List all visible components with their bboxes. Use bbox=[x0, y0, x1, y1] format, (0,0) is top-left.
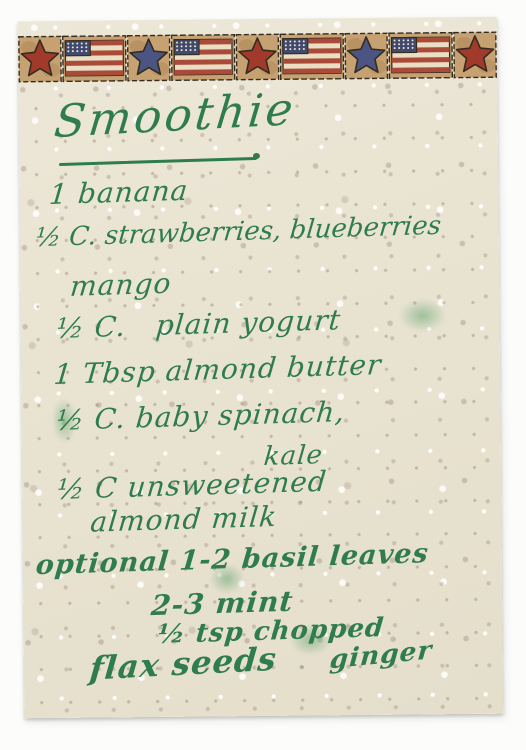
blue-star-patch bbox=[345, 33, 387, 78]
ingredient-line-banana: 1 banana bbox=[48, 174, 190, 211]
red-star-patch bbox=[19, 36, 61, 81]
ingredient-line-berries: ½ C. strawberries, blueberries bbox=[34, 211, 442, 253]
flag-patch bbox=[280, 34, 343, 80]
flag-star-border bbox=[18, 30, 497, 87]
optional-line-flax-seeds: flax seeds bbox=[88, 640, 278, 688]
flag-patch bbox=[171, 35, 234, 81]
blue-star-patch bbox=[128, 35, 170, 80]
ink-smudge bbox=[398, 298, 446, 332]
photo-background: Smoothie 1 banana ½ C. strawberries, blu… bbox=[0, 0, 526, 750]
title-underline bbox=[59, 157, 257, 166]
ingredient-line-yogurt: ½ C. plain yogurt bbox=[55, 303, 342, 345]
ingredient-line-almond-butter: 1 Tbsp almond butter bbox=[53, 348, 384, 391]
recipe-title: Smoothie bbox=[52, 82, 299, 148]
red-star-patch bbox=[454, 32, 496, 77]
ingredient-line-mango: mango bbox=[69, 267, 173, 303]
ingredient-line-spinach: ½ C. baby spinach, bbox=[55, 395, 347, 437]
ingredient-line-almond-milk: almond milk bbox=[89, 500, 279, 539]
ingredient-line-unsweetened: ½ C unsweetened bbox=[56, 465, 329, 506]
recipe-card: Smoothie 1 banana ½ C. strawberries, blu… bbox=[18, 17, 504, 719]
red-star-patch bbox=[236, 34, 278, 79]
optional-line-basil: optional 1-2 basil leaves bbox=[34, 538, 430, 581]
flag-patch bbox=[63, 36, 126, 82]
title-underline-dot bbox=[253, 153, 260, 159]
flag-patch bbox=[389, 33, 452, 79]
